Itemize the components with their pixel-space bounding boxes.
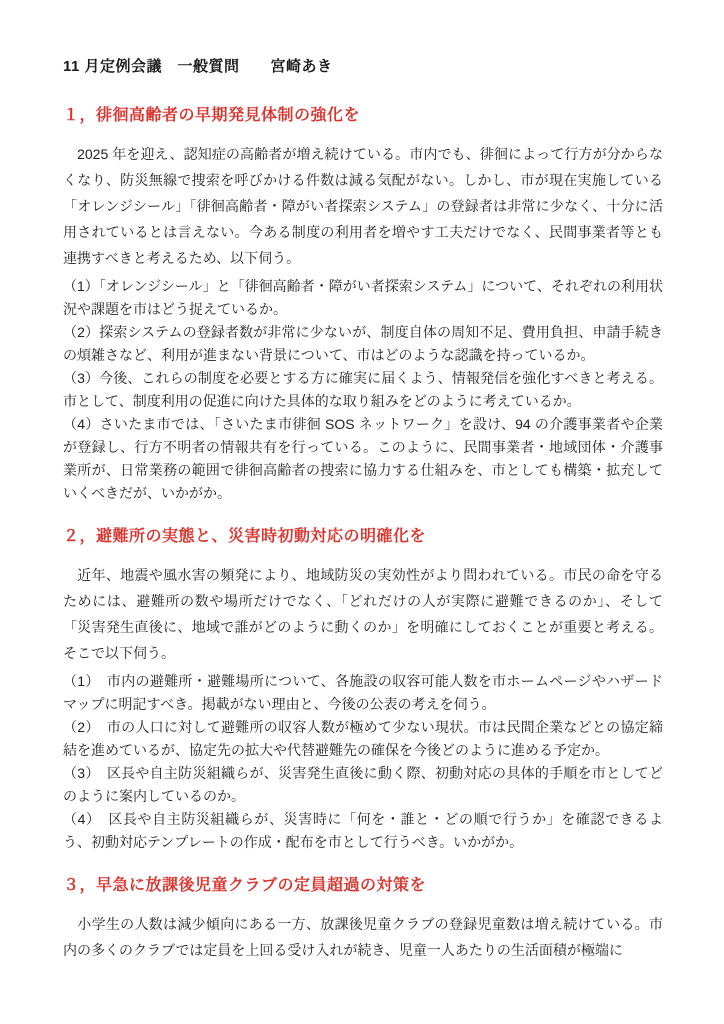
question-item: （2） 市の人口に対して避難所の収容人数が極めて少ない現状。市は民間企業などとの… xyxy=(63,716,663,762)
section-1-questions: （1）「オレンジシール」と「徘徊高齢者・障がい者探索システム」について、それぞれ… xyxy=(63,275,663,505)
section-3-afterschool-clubs: ３，早急に放課後児童クラブの定員超過の対策を 小学生の人数は減少傾向にある一方、… xyxy=(63,874,663,963)
question-item: （4）さいたま市では、「さいたま市徘徊 SOS ネットワーク」を設け、94 の介… xyxy=(63,413,663,505)
section-2-heading: ２，避難所の実態と、災害時初動対応の明確化を xyxy=(63,525,663,549)
document-page: 11 月定例会議 一般質問 宮崎あき １，徘徊高齢者の早期発見体制の強化を 20… xyxy=(0,0,724,1024)
section-1-heading: １，徘徊高齢者の早期発見体制の強化を xyxy=(63,104,663,128)
section-3-heading: ３，早急に放課後児童クラブの定員超過の対策を xyxy=(63,874,663,898)
section-2-intro: 近年、地震や風水害の頻発により、地域防災の実効性がより問われている。市民の命を守… xyxy=(63,562,663,666)
section-3-intro: 小学生の人数は減少傾向にある一方、放課後児童クラブの登録児童数は増え続けている。… xyxy=(63,911,663,963)
question-item: （2）探索システムの登録者数が非常に少ないが、制度自体の周知不足、費用負担、申請… xyxy=(63,321,663,367)
question-item: （1） 市内の避難所・避難場所について、各施設の収容可能人数を市ホームページやハ… xyxy=(63,670,663,716)
document-title: 11 月定例会議 一般質問 宮崎あき xyxy=(63,56,663,78)
question-item: （1）「オレンジシール」と「徘徊高齢者・障がい者探索システム」について、それぞれ… xyxy=(63,275,663,321)
question-item: （3）今後、これらの制度を必要とする方に確実に届くよう、情報発信を強化すべきと考… xyxy=(63,367,663,413)
question-item: （3） 区長や自主防災組織らが、災害発生直後に動く際、初動対応の具体的手順を市と… xyxy=(63,762,663,808)
section-2-evacuation-shelters: ２，避難所の実態と、災害時初動対応の明確化を 近年、地震や風水害の頻発により、地… xyxy=(63,525,663,854)
section-1-intro: 2025 年を迎え、認知症の高齢者が増え続けている。市内でも、徘徊によって行方が… xyxy=(63,141,663,271)
section-2-questions: （1） 市内の避難所・避難場所について、各施設の収容可能人数を市ホームページやハ… xyxy=(63,670,663,854)
section-1-wandering-elderly: １，徘徊高齢者の早期発見体制の強化を 2025 年を迎え、認知症の高齢者が増え続… xyxy=(63,104,663,505)
question-item: （4） 区長や自主防災組織らが、災害時に「何を・誰と・どの順で行うか」を確認でき… xyxy=(63,808,663,854)
